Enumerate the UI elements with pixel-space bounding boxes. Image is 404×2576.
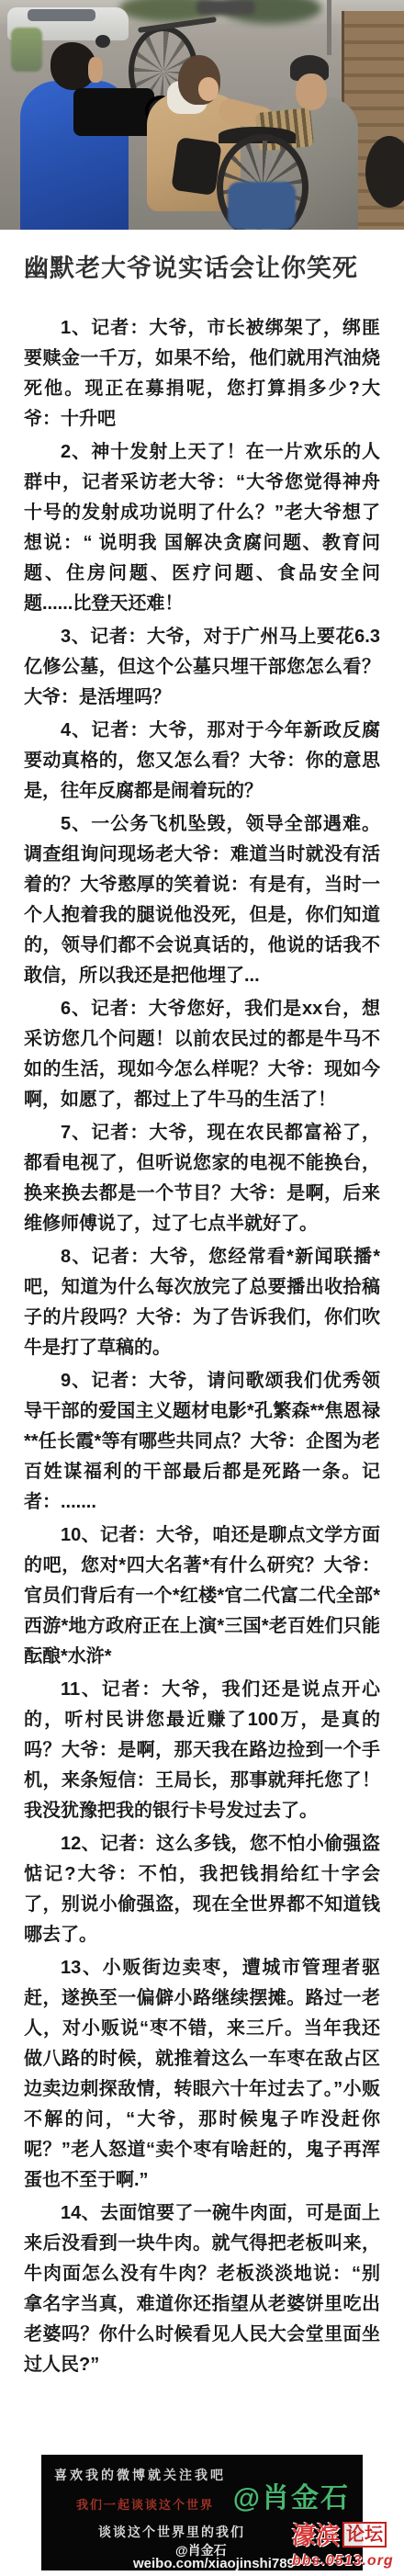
footer-follow-text: 喜欢我的微博就关注我吧 (54, 2466, 226, 2484)
photo-video-camera (73, 88, 154, 136)
joke-paragraph-14: 14、去面馆要了一碗牛肉面，可是面上来后没看到一块牛肉。就气得把老板叫来，牛肉面… (24, 2198, 380, 2380)
watermark-site-suffix: 论坛 (342, 2522, 387, 2548)
post-title: 幽默老大爷说实话会让你笑死 (24, 250, 382, 287)
photo-cameraman-face (88, 57, 103, 83)
joke-image-post: 幽默老大爷说实话会让你笑死 1、记者：大爷，市长被绑架了，绑匪要赎金一千万，如果… (0, 0, 404, 2576)
forum-watermark: 濠滨 论坛 bbs.0513.org (292, 2517, 404, 2570)
joke-paragraph-13: 13、小贩街边卖枣，遭城市管理者驱赶，遂换至一偏僻小路继续摆摊。路过一老人，对小… (24, 1953, 380, 2196)
joke-paragraph-1: 1、记者：大爷，市长被绑架了，绑匪要赎金一千万，如果不给，他们就用汽油烧死他。现… (24, 313, 380, 435)
joke-paragraph-9: 9、记者：大爷，请问歌颂我们优秀领导干部的爱国主义题材电影*孔繁森**焦恩禄**… (24, 1366, 380, 1518)
joke-paragraph-12: 12、记者：这么多钱，您不怕小偷强盗惦记?大爷：不怕，我把钱捐给红十字会了，别说… (24, 1829, 380, 1950)
footer-slogan-red: 我们一起谈谈这个世界 (76, 2495, 214, 2513)
watermark-site-name: 濠滨 (292, 2517, 340, 2551)
watermark-url: bbs.0513.org (292, 2553, 404, 2570)
joke-paragraph-10: 10、记者：大爷，咱还是聊点文学方面的吧，您对*四大名著*有什么研究？大爷：官员… (24, 1520, 380, 1672)
joke-paragraph-7: 7、记者：大爷，现在农民都富裕了，都看电视了，但听说您家的电视不能换台，换来换去… (24, 1118, 380, 1239)
joke-paragraph-8: 8、记者：大爷，您经常看*新闻联播*吧，知道为什么每次放完了总要播出收拾稿子的片… (24, 1242, 380, 1363)
photo-car-window (28, 9, 95, 21)
joke-list: 1、记者：大爷，市长被绑架了，绑匪要赎金一千万，如果不给，他们就用汽油烧死他。现… (0, 313, 404, 2446)
joke-paragraph-3: 3、记者：大爷，对于广州马上要花6.3亿修公墓，但这个公墓只埋干部您怎么看？大爷… (24, 622, 380, 713)
joke-paragraph-4: 4、记者：大爷，那对于今年新政反腐要动真格的，您又怎么看？大爷：你的意思是，往年… (24, 716, 380, 807)
joke-paragraph-2: 2、神十发射上天了！在一片欢乐的人群中，记者采访老大爷：“大爷您觉得神舟十号的发… (24, 437, 380, 619)
weibo-handle-large: @肖金石 (233, 2475, 350, 2515)
photo-reporter-legs (171, 137, 222, 196)
photo-distant-bikes (196, 0, 255, 15)
joke-paragraph-6: 6、记者：大爷您好，我们是xx台，想采访您几个问题！以前农民过的都是牛马不如的生… (24, 994, 380, 1115)
interview-photo (0, 0, 404, 230)
footer-slogan-white: 谈谈这个世界里的我们 (98, 2523, 245, 2541)
photo-utility-pole (327, 0, 331, 55)
weibo-url: weibo.com/xiaojinshi789 (133, 2556, 295, 2571)
photo-old-man-face (296, 73, 327, 110)
photo-car-wheel (95, 35, 110, 48)
photo-blue-tarp (228, 182, 296, 230)
photo-reporter-face (198, 77, 219, 101)
joke-paragraph-5: 5、一公务飞机坠毁，领导全部遇难。调查组询问现场老大爷：难道当时就没有活着的？大… (24, 809, 380, 991)
joke-paragraph-11: 11、记者：大爷，我们还是说点开心的，听村民讲您最近赚了100万，是真的吗？大爷… (24, 1675, 380, 1826)
photo-scooter (11, 28, 42, 72)
